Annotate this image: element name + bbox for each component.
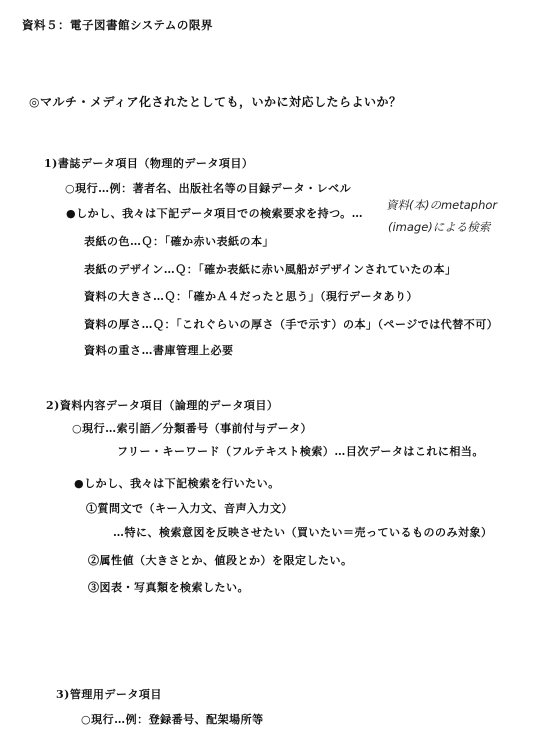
section-2-current-2: フリー・キーワード（フルテキスト検索）…目次データはこれに相当。 bbox=[117, 443, 484, 459]
main-question: ◎マルチ・メディア化されたとしても，いかに対応したらよいか？ bbox=[29, 93, 402, 110]
section-2-item-1: ①質問文で（キー入力文、音声入力文） bbox=[86, 500, 293, 516]
section-2-heading: 2)資料内容データ項目（論理的データ項目） bbox=[46, 397, 278, 413]
section-1-current: ○現行…例：著者名、出版社名等の目録データ・レベル bbox=[65, 180, 351, 196]
section-1-item-weight: 資料の重さ…書庫管理上必要 bbox=[84, 342, 234, 358]
section-3-heading: 3)管理用データ項目 bbox=[56, 686, 162, 702]
section-1-heading: 1)書誌データ項目（物理的データ項目） bbox=[44, 155, 253, 171]
section-1-however: ●しかし、我々は下記データ項目での検索要求を持つ。… bbox=[66, 205, 363, 221]
section-1-item-cover-design: 表紙のデザイン…Ｑ：「確か表紙に赤い風船がデザインされていたの本」 bbox=[84, 261, 456, 277]
section-1-item-size: 資料の大きさ…Ｑ：「確かＡ４だったと思う」（現行データあり） bbox=[84, 288, 418, 304]
section-2-however: ●しかし、我々は下記検索を行いたい。 bbox=[74, 475, 280, 491]
document-title: 資料５：電子図書館システムの限界 bbox=[22, 17, 213, 33]
handwritten-annotation-line-1: 資料(本)のmetaphor bbox=[386, 197, 497, 213]
section-2-current: ○現行…索引語／分類番号（事前付与データ） bbox=[72, 420, 312, 436]
section-1-item-thickness: 資料の厚さ…Ｑ：「これぐらいの厚さ（手で示す）の本」（ページでは代替不可） bbox=[84, 316, 498, 332]
handwritten-annotation-line-2: (image)による検索 bbox=[388, 219, 490, 235]
section-1-item-cover-color: 表紙の色…Ｑ：「確か赤い表紙の本」 bbox=[84, 233, 274, 249]
section-3-current: ○現行…例：登録番号、配架場所等 bbox=[81, 711, 264, 727]
section-2-item-2: ②属性値（大きさとか、値段とか）を限定したい。 bbox=[88, 552, 353, 568]
section-2-item-1-note: …特に、検索意図を反映させたい（買いたい＝売っているもののみ対象） bbox=[113, 524, 493, 540]
section-2-item-3: ③図表・写真類を検索したい。 bbox=[88, 579, 249, 595]
